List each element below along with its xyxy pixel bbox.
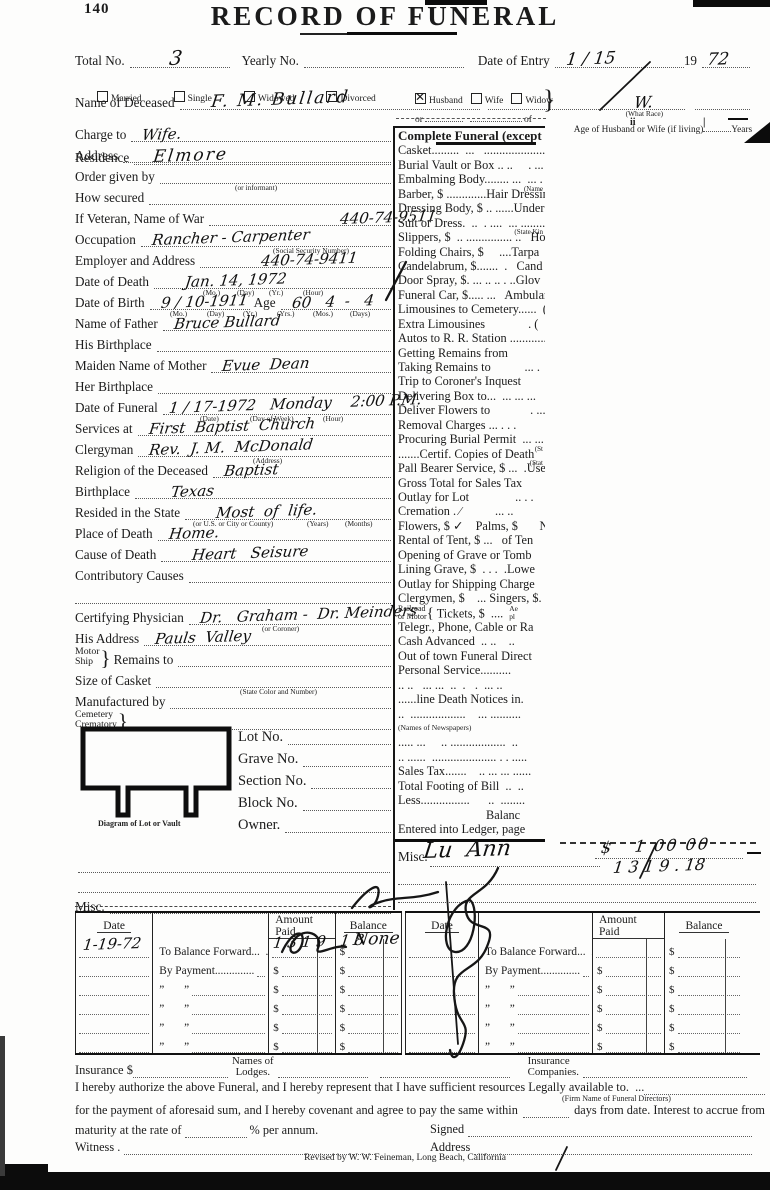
- charge-item-text: Casket......... ... ....................…: [398, 143, 545, 157]
- dollar-sign: $: [665, 1022, 675, 1034]
- firm-name-caption: (Firm Name of Funeral Directors): [562, 1094, 671, 1103]
- amount-cell: $: [665, 1015, 743, 1034]
- header-cell: [153, 913, 269, 939]
- field-line: Most of life.: [185, 498, 391, 520]
- amount-cell: $: [336, 996, 402, 1015]
- lodges-label: Names of Lodges.: [228, 1056, 278, 1078]
- charge-item: Slippers, $ .. ............... .. Hos(St…: [398, 230, 545, 244]
- table-row: ” ”$$: [405, 1015, 760, 1034]
- lot-field-line: [303, 788, 391, 811]
- table-row: ” ”$$: [75, 996, 402, 1015]
- charge-item-text: Deliver Flowers to . ...: [398, 403, 545, 417]
- charge-item-text: Barber, $ .............Hair Dressin: [398, 187, 545, 201]
- sub-caption: (Months): [345, 519, 373, 528]
- yearly-no-label: Yearly No.: [230, 53, 304, 68]
- amount-cell: $: [269, 958, 335, 977]
- date-of-entry-line: 1 / 15: [555, 45, 684, 68]
- marital-option: Divorced: [326, 94, 375, 104]
- amount-cell: $: [593, 977, 665, 996]
- field-label: Her Birthplace: [75, 379, 158, 394]
- insurance-line: [133, 1064, 228, 1078]
- lot-field-label: Lot No.: [238, 730, 288, 745]
- cents-divider: [317, 958, 318, 977]
- dollar-sign: $: [269, 1041, 279, 1053]
- cents-divider: [725, 977, 726, 996]
- lot-field-line: [285, 810, 391, 833]
- table-row: By Payment..............$$: [75, 958, 402, 977]
- page-number: 140: [84, 1, 110, 18]
- amount-cell: $: [593, 1034, 665, 1053]
- authorization-line1: I hereby authorize the above Funeral, an…: [75, 1080, 765, 1095]
- table-row: ” ”$$: [405, 996, 760, 1015]
- lot-field-row: Section No.: [238, 767, 391, 789]
- description-cell: To Balance Forward... ..: [153, 939, 269, 958]
- misc-left-line2: [78, 872, 390, 873]
- marital-option: Single: [174, 94, 212, 104]
- charge-item: Dressing Body, $ .. ......Under: [398, 201, 545, 215]
- payment-date-value: 1-19-72: [82, 934, 142, 954]
- charge-item-text: (Names of Newspapers): [398, 723, 471, 732]
- field-label: Manufactured by: [75, 694, 170, 709]
- cell-line: [348, 1051, 398, 1053]
- date-cell: [405, 1034, 479, 1053]
- charge-item: Cash Advanced .. .. ..: [398, 634, 545, 648]
- field-line: Heart Seisure: [161, 540, 391, 562]
- cell-line: [518, 1051, 589, 1053]
- year-prefix: 19: [684, 53, 702, 68]
- charge-item: Flowers, $ ✓ Palms, $ N: [398, 519, 545, 533]
- form-row: Religion of the DeceasedBaptist: [75, 457, 391, 478]
- companies-label: Insurance Companies.: [524, 1056, 583, 1078]
- sub-caption: (Mo.): [170, 309, 187, 318]
- cents-divider: [725, 1034, 726, 1053]
- relation-option: Husband: [415, 96, 463, 106]
- dollar-sign: $: [593, 1003, 603, 1015]
- dollar-sign: $: [665, 965, 675, 977]
- date-cell: [75, 977, 153, 996]
- small-caption: (Stat: [530, 456, 543, 470]
- form-row: Cause of DeathHeart Seisure: [75, 541, 391, 562]
- charge-item: Getting Remains from: [398, 346, 545, 360]
- funeral-record-page: ii | 140 RECORD OF FUNERAL Total No. 3 Y…: [0, 0, 770, 1190]
- charge-item-text: Tickets, $ ....: [434, 607, 503, 621]
- lot-field-label: Grave No.: [238, 752, 303, 767]
- charge-item-text: Getting Remains from: [398, 346, 508, 360]
- small-caption: (St: [535, 442, 543, 456]
- field-label: Services at: [75, 421, 138, 436]
- scan-artifact: [0, 1164, 48, 1174]
- dollar-sign: $: [593, 1041, 603, 1053]
- amount-cell: $: [269, 996, 335, 1015]
- table-header-row: DateAmount PaidBalance: [405, 913, 760, 939]
- dollar-sign: $: [269, 1022, 279, 1034]
- right-dotted-2: [398, 902, 756, 903]
- description-cell: ” ”: [153, 996, 269, 1015]
- scan-artifact: [0, 1172, 770, 1190]
- left-field-column: Charge toWife.AddressOrder given by(or i…: [75, 121, 391, 730]
- charge-item-text: Folding Chairs, $ ....Tarpa: [398, 245, 539, 259]
- charge-item: Rental of Tent, $ ... of Ten: [398, 533, 545, 547]
- description-text: ” ”: [479, 1041, 515, 1053]
- charge-item: Barber, $ .............Hair Dressin(Name: [398, 187, 545, 201]
- field-line: Baptist: [213, 456, 391, 478]
- charge-item-text: .......Certif. Copies of Death: [398, 447, 534, 461]
- field-line: 1 / 17-1972 Monday 2:00 P.M.: [163, 393, 391, 415]
- amount-cell: $: [269, 977, 335, 996]
- or-line: [425, 108, 463, 122]
- field-line: [156, 666, 391, 688]
- dash-dot-line: [396, 118, 546, 119]
- charge-item: Taking Remains to ... .: [398, 360, 545, 374]
- charge-item: ..... ... .. .................. ..: [398, 735, 545, 749]
- field-line: 9 / 10-1911: [150, 288, 250, 310]
- field-label: Maiden Name of Mother: [75, 358, 211, 373]
- field-line: [178, 645, 391, 667]
- sub-caption: (Yrs.): [277, 309, 294, 318]
- charge-item-text: Entered into Ledger, page: [398, 822, 525, 836]
- amount-cell: $: [336, 1034, 402, 1053]
- checkbox-icon: [97, 91, 108, 102]
- description-text: By Payment..............: [153, 965, 254, 977]
- misc-amount-bottom: 1 3 1 9 . 18: [612, 855, 706, 877]
- signed-line: [468, 1123, 752, 1137]
- form-row: Date of DeathJan. 14, 1972(Mo.)(Day)(Yr.…: [75, 268, 391, 289]
- marital-checkbox-group: MarriedSingleWidowedDivorced: [97, 88, 408, 106]
- lodges-label-line2: Lodges.: [232, 1067, 274, 1078]
- charge-item-text: Funeral Car, $..... ... Ambulan: [398, 288, 545, 302]
- charge-item-text: Personal Service..........: [398, 663, 511, 677]
- field-label: Cause of Death: [75, 547, 161, 562]
- description-cell: By Payment..............: [153, 958, 269, 977]
- charge-item: Lining Grave, $ . . . .Lowe: [398, 562, 545, 576]
- marital-option: Married: [97, 94, 142, 104]
- cell-line: [192, 1051, 265, 1053]
- charge-item-text: Less................ .. ........: [398, 793, 525, 807]
- sub-caption: (Mo.): [203, 288, 220, 297]
- lot-field-label: Owner.: [238, 818, 285, 833]
- dollar-sign: $: [269, 1003, 279, 1015]
- field-label: Employer and Address: [75, 253, 200, 268]
- amount-cell: $: [593, 958, 665, 977]
- header-cell: Balance: [665, 913, 743, 939]
- total-no-label: Total No.: [75, 53, 130, 68]
- field-label: Date of Funeral: [75, 400, 163, 415]
- charge-item-text: Extra Limousines . (: [398, 317, 538, 331]
- charge-item: .. ...... ..................... . . ....…: [398, 750, 545, 764]
- charge-item-text: ..... ... .. .................. ..: [398, 735, 518, 749]
- form-row: Date of Birth9 / 10-1911Age60 4 - 4(Mo.)…: [75, 289, 391, 310]
- form-row: OccupationRancher - Carpenter(Social Sec…: [75, 226, 391, 247]
- form-row: Her Birthplace: [75, 373, 391, 394]
- charge-item-text: Cremation . ∕ ... ..: [398, 504, 513, 518]
- relation-option-label: Wife: [485, 96, 504, 106]
- charge-item: Autos to R. R. Station ............: [398, 331, 545, 345]
- dollar-sign: $: [336, 1003, 346, 1015]
- authorization-line3: maturity at the rate of % per annum.: [75, 1123, 405, 1138]
- charge-item: Sales Tax....... .. ... ... ......: [398, 764, 545, 778]
- description-text: ” ”: [153, 1022, 189, 1034]
- cell-line: [678, 1051, 741, 1053]
- field-label: How secured: [75, 190, 149, 205]
- total-no-value: 3: [168, 46, 184, 70]
- form-row: Order given by(or informant): [75, 163, 391, 184]
- title-underline: [347, 32, 457, 35]
- lot-field-line: [311, 766, 391, 789]
- or-line2: [470, 108, 522, 122]
- total-no-line: 3: [130, 45, 230, 68]
- lot-diagram: [80, 726, 232, 818]
- charge-item-text: Burial Vault or Box .. .. . ...: [398, 158, 544, 172]
- lot-field-row: Block No.: [238, 789, 391, 811]
- field-label: Birthplace: [75, 484, 135, 499]
- field-label: Place of Death: [75, 526, 158, 541]
- revised-by-footer: Revised by W. W. Feineman, Long Beach, C…: [75, 1153, 735, 1163]
- table-row: ” ”$$: [405, 1034, 760, 1053]
- sub-caption: (Day of Week): [250, 414, 294, 423]
- table-row: By Payment..............$$: [405, 958, 760, 977]
- checkbox-icon: [471, 93, 482, 104]
- charge-item: Folding Chairs, $ ....Tarpa: [398, 245, 545, 259]
- signed-row: Signed: [430, 1122, 752, 1137]
- lot-field-row: Owner.: [238, 811, 391, 833]
- field-label: Remains to: [114, 652, 179, 667]
- field-label: His Address: [75, 631, 144, 646]
- charge-item-text: Opening of Grave or Tomb: [398, 548, 531, 562]
- cents-divider: [646, 1034, 647, 1053]
- charge-item-text: Pall Bearer Service, $ ... .Use: [398, 461, 545, 475]
- authorization-line2: for the payment of aforesaid sum, and I …: [75, 1103, 765, 1118]
- form-row: His Birthplace: [75, 331, 391, 352]
- misc-left-line3: [78, 892, 390, 893]
- cents-divider: [383, 977, 384, 996]
- row-marital-status: MarriedSingleWidowedDivorced HusbandWife…: [75, 88, 770, 104]
- date-cell: [75, 996, 153, 1015]
- balance-value: None: [352, 928, 401, 950]
- charge-item-text: .. ...... ..................... . . ....…: [398, 750, 527, 764]
- form-row: Charge toWife.: [75, 121, 391, 142]
- field-label: Occupation: [75, 232, 141, 247]
- field-line: Dr. Graham - Dr. Meinders: [189, 603, 391, 625]
- charge-item: Gross Total for Sales Tax: [398, 476, 545, 490]
- cents-divider: [725, 958, 726, 977]
- field-line: [157, 330, 391, 352]
- field-line: [189, 561, 391, 583]
- year-value: 72: [706, 49, 730, 70]
- signed-label: Signed: [430, 1122, 464, 1137]
- charge-item-text: Rental of Tent, $ ... of Ten: [398, 533, 533, 547]
- charge-item: Delivering Box to... ... ... ...: [398, 389, 545, 403]
- charge-item: Outlay for Lot .. . .: [398, 490, 545, 504]
- form-row: Date of Funeral1 / 17-1972 Monday 2:00 P…: [75, 394, 391, 415]
- dollar-sign: $: [665, 984, 675, 996]
- lot-diagram-caption: Diagram of Lot or Vault: [98, 819, 181, 828]
- header-cell: Date: [405, 913, 479, 939]
- yearly-no-line: [304, 45, 464, 68]
- stacked-label: MotorShip: [75, 647, 101, 667]
- table-row: ” ”$$: [75, 1015, 402, 1034]
- charge-item: Door Spray, $. ... .. .. . ..Glov: [398, 273, 545, 287]
- charge-item: Deliver Flowers to . ...: [398, 403, 545, 417]
- sub-caption: (Yr.): [269, 288, 283, 297]
- field-label: Age: [250, 295, 281, 310]
- form-row: MotorShip}Remains to: [75, 646, 391, 667]
- form-row: Resided in the StateMost of life.(or U.S…: [75, 499, 391, 520]
- date-of-entry-value: 1 / 15: [565, 48, 617, 70]
- form-row: ClergymanRev. J. M. McDonald(Address): [75, 436, 391, 457]
- relation-option-label: Husband: [429, 96, 463, 106]
- charge-item-text: Gross Total for Sales Tax: [398, 476, 522, 490]
- header-cell: [479, 913, 593, 939]
- field-label: Address: [75, 148, 123, 163]
- cents-divider: [383, 958, 384, 977]
- relation-checkbox-group: HusbandWifeWidow: [415, 90, 561, 108]
- form-row: His AddressPauls Valley: [75, 625, 391, 646]
- brace: }: [101, 649, 114, 667]
- sub-caption: (Hour): [303, 288, 323, 297]
- charge-item: Complete Funeral (except outl: [398, 129, 545, 143]
- field-label: Size of Casket: [75, 673, 156, 688]
- charge-item-text: .. .. ... ... .. . . ... ..: [398, 678, 503, 692]
- form-row: How secured: [75, 184, 391, 205]
- insurance-row: Insurance $ Names of Lodges. Insurance C…: [75, 1056, 747, 1078]
- authorization-line1-fill: [644, 1081, 765, 1095]
- field-label: Name of Father: [75, 316, 163, 331]
- table-row: ” ”$$: [75, 977, 402, 996]
- field-label: Charge to: [75, 127, 131, 142]
- charge-item-text: Candelabrum, $....... . Cand: [398, 259, 542, 273]
- charge-item-text: Door Spray, $. ... .. .. . ..Glov: [398, 273, 540, 287]
- charge-item-text: Clergymen, $ ... Singers, $.: [398, 591, 542, 605]
- amount-cell: $: [665, 1034, 743, 1053]
- amount-cell: $: [269, 1034, 335, 1053]
- charges-column-border-top: [393, 126, 545, 128]
- form-row: Contributory Causes: [75, 562, 391, 583]
- field-line: [123, 141, 391, 163]
- charge-item: Total Footing of Bill .. ..: [398, 779, 545, 793]
- description-text: ” ”: [479, 1022, 515, 1034]
- scan-artifact: [0, 1036, 5, 1176]
- amount-cell: [593, 939, 665, 958]
- cents-divider: [317, 977, 318, 996]
- charge-item-text: Trip to Coroner's Inquest: [398, 374, 521, 388]
- dollar-sign: $: [665, 1003, 675, 1015]
- date-cell: [405, 977, 479, 996]
- cents-divider: [725, 939, 726, 958]
- charge-item: .. .................. ... ..........: [398, 707, 545, 721]
- description-text: To Balance Forward... ..: [479, 946, 593, 958]
- form-row: Services atFirst Baptist Church: [75, 415, 391, 436]
- sub-caption: (Day): [207, 309, 224, 318]
- checkbox-icon: [244, 91, 255, 102]
- title-underline: [300, 33, 347, 35]
- description-cell: ” ”: [479, 977, 593, 996]
- date-cell: [75, 1034, 153, 1053]
- charge-item-text: Cash Advanced .. .. ..: [398, 634, 515, 648]
- charge-item: Out of town Funeral Direct: [398, 649, 545, 663]
- field-label: Resided in the State: [75, 505, 185, 520]
- charge-item: ......line Death Notices in.: [398, 692, 545, 706]
- dollar-sign: $: [336, 1022, 346, 1034]
- description-text: ” ”: [153, 1041, 189, 1053]
- form-row: Address: [75, 142, 391, 163]
- cell-line: [409, 1051, 475, 1053]
- charge-item: Burial Vault or Box .. .. . ...: [398, 158, 545, 172]
- description-cell: By Payment..............: [479, 958, 593, 977]
- charges-column-border-left: [393, 126, 395, 910]
- description-text: ” ”: [479, 984, 515, 996]
- cents-divider: [646, 996, 647, 1015]
- dollar-sign: $: [665, 946, 675, 958]
- cents-divider: [725, 1015, 726, 1034]
- description-text: To Balance Forward... ..: [153, 946, 269, 958]
- date-cell: [405, 958, 479, 977]
- description-cell: To Balance Forward... ..: [479, 939, 593, 958]
- form-row: Certifying PhysicianDr. Graham - Dr. Mei…: [75, 604, 391, 625]
- charge-item-text: .. .................. ... ..........: [398, 707, 521, 721]
- handwritten-value: 1 / 17-1972 Monday 2:00 P.M.: [168, 390, 423, 417]
- charge-item: Procuring Burial Permit ... ...: [398, 432, 545, 446]
- field-line: [75, 582, 391, 604]
- form-row: [75, 583, 391, 604]
- charge-item: Less................ .. ........: [398, 793, 545, 807]
- age-spouse-suffix: Years: [731, 125, 752, 135]
- charge-item-text: Outlay for Lot .. . .: [398, 490, 534, 504]
- charge-item-text: Delivering Box to... ... ... ...: [398, 389, 536, 403]
- row-or-of: or of: [415, 108, 545, 125]
- lot-field-line: [303, 744, 391, 767]
- field-label: His Birthplace: [75, 337, 157, 352]
- description-text: By Payment..............: [479, 965, 580, 977]
- lodges-line2: [380, 1064, 510, 1078]
- charge-item: Clergymen, $ ... Singers, $.: [398, 591, 545, 605]
- charge-item-text: Telegr., Phone, Cable or Ra: [398, 620, 533, 634]
- form-row: If Veteran, Name of War440-74-9511: [75, 205, 391, 226]
- amount-cell: $: [593, 996, 665, 1015]
- cents-divider: [646, 958, 647, 977]
- authorization-text3a: maturity at the rate of: [75, 1123, 182, 1138]
- lot-field-row: Grave No.: [238, 745, 391, 767]
- field-label: Date of Birth: [75, 295, 150, 310]
- sub-caption: (Social Security Number): [273, 246, 349, 255]
- field-line: Rev. J. M. McDonald: [138, 435, 391, 457]
- amount-cell: $: [269, 1015, 335, 1034]
- charge-item: .. .. ... ... .. . . ... ..: [398, 678, 545, 692]
- charge-item-text: Autos to R. R. Station ............: [398, 331, 545, 345]
- date-cell: [405, 996, 479, 1015]
- sub-caption: (or U.S. or City or County): [193, 519, 273, 528]
- field-label: Clergyman: [75, 442, 138, 457]
- table-row: To Balance Forward... ..$: [405, 939, 760, 958]
- sub-caption: (Days): [350, 309, 370, 318]
- cell-line: [282, 1051, 332, 1053]
- lot-field-label: Block No.: [238, 796, 303, 811]
- field-label: If Veteran, Name of War: [75, 211, 209, 226]
- cents-divider: [646, 977, 647, 996]
- description-cell: ” ”: [153, 1015, 269, 1034]
- charge-item: Pall Bearer Service, $ ... .Use(Stat: [398, 461, 545, 475]
- description-cell: ” ”: [479, 1034, 593, 1053]
- cents-divider: [646, 939, 647, 958]
- amount-cell: $: [336, 977, 402, 996]
- charge-item-text: Out of town Funeral Direct: [398, 649, 532, 663]
- field-line: Jan. 14, 1972: [154, 267, 391, 289]
- sub-caption: (Years): [307, 519, 328, 528]
- description-cell: ” ”: [479, 996, 593, 1015]
- charge-item-text: Lining Grave, $ . . . .Lowe: [398, 562, 535, 576]
- year-line: 72: [702, 45, 750, 68]
- description-text: ” ”: [479, 1003, 515, 1015]
- charge-item: Candelabrum, $....... . Cand: [398, 259, 545, 273]
